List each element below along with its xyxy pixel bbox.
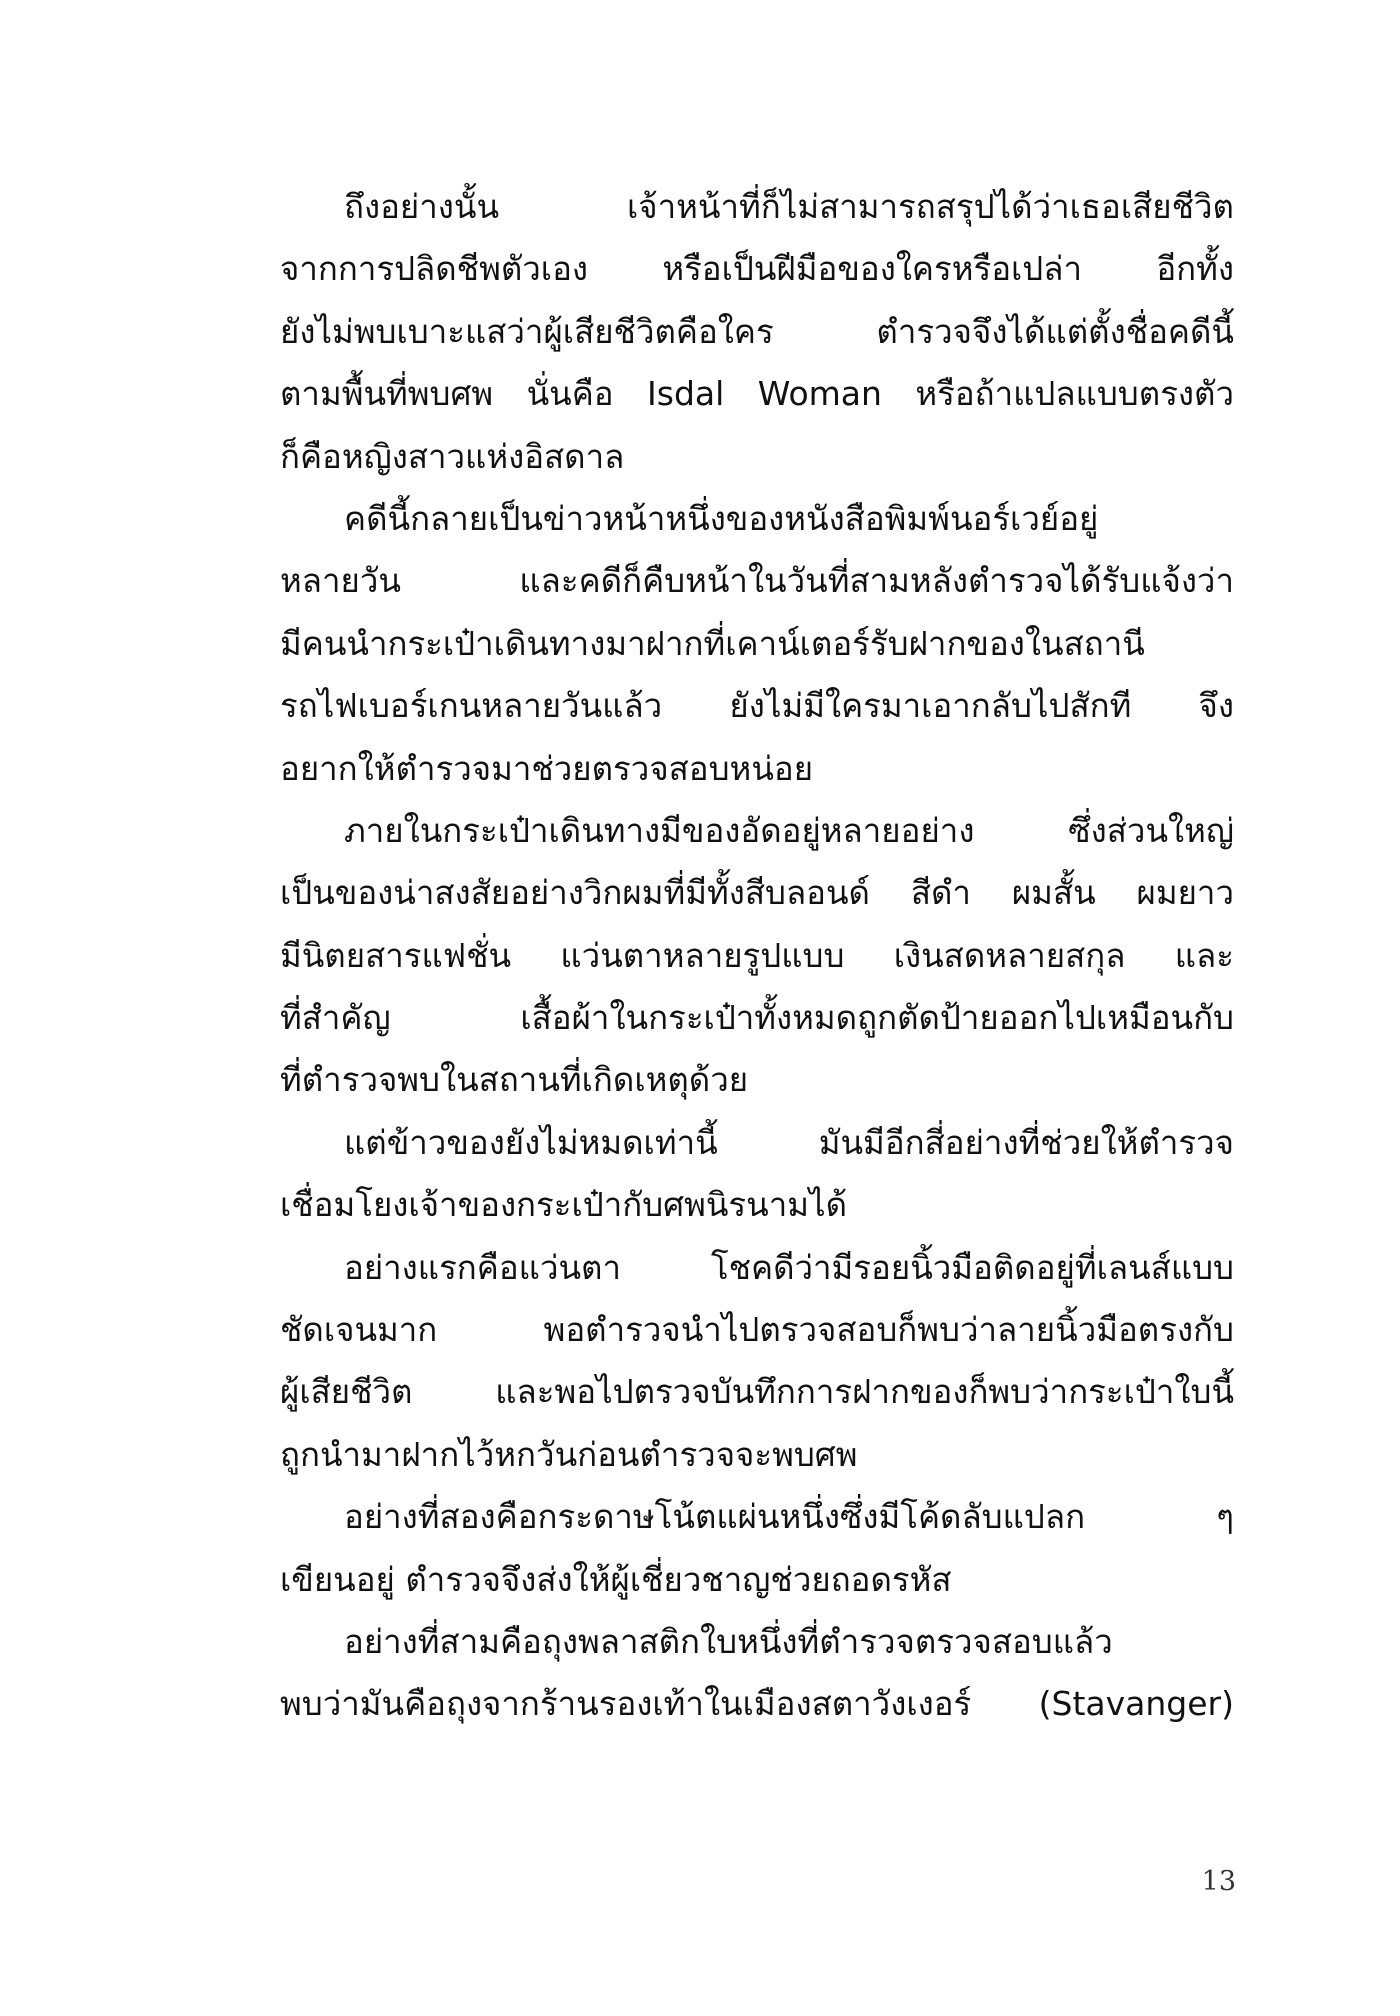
text-line: ถูกนำมาฝากไว้หกวันก่อนตำรวจจะพบศพ <box>280 1424 1234 1486</box>
text-line: ที่ตำรวจพบในสถานที่เกิดเหตุด้วย <box>280 1049 1234 1111</box>
text-line: พบว่ามันคือถุงจากร้านรองเท้าในเมืองสตาวั… <box>280 1673 1234 1735</box>
paragraph: แต่ข้าวของยังไม่หมดเท่านี้ มันมีอีกสี่อย… <box>280 1112 1234 1237</box>
text-line: หลายวัน และคดีก็คืบหน้าในวันที่สามหลังตำ… <box>280 550 1234 612</box>
paragraph: ถึงอย่างนั้น เจ้าหน้าที่ก็ไม่สามารถสรุปไ… <box>280 176 1234 488</box>
text-line: ผู้เสียชีวิต และพอไปตรวจบันทึกการฝากของก… <box>280 1361 1234 1423</box>
book-page: ถึงอย่างนั้น เจ้าหน้าที่ก็ไม่สามารถสรุปไ… <box>0 0 1400 2016</box>
text-line: ถึงอย่างนั้น เจ้าหน้าที่ก็ไม่สามารถสรุปไ… <box>280 176 1234 238</box>
text-line: อย่างที่สองคือกระดาษโน้ตแผ่นหนึ่งซึ่งมีโ… <box>280 1486 1234 1548</box>
text-line: เป็นของน่าสงสัยอย่างวิกผมที่มีทั้งสีบลอน… <box>280 862 1234 924</box>
text-line: ยังไม่พบเบาะแสว่าผู้เสียชีวิตคือใคร ตำรว… <box>280 301 1234 363</box>
text-line: อย่างที่สามคือถุงพลาสติกใบหนึ่งที่ตำรวจต… <box>280 1611 1234 1673</box>
paragraph: อย่างแรกคือแว่นตา โชคดีว่ามีรอยนิ้วมือติ… <box>280 1237 1234 1487</box>
body-text: ถึงอย่างนั้น เจ้าหน้าที่ก็ไม่สามารถสรุปไ… <box>280 176 1234 1736</box>
text-line: ตามพื้นที่พบศพ นั่นคือ Isdal Woman หรือถ… <box>280 363 1234 425</box>
text-line: ก็คือหญิงสาวแห่งอิสดาล <box>280 426 1234 488</box>
text-line: มีคนนำกระเป๋าเดินทางมาฝากที่เคาน์เตอร์รั… <box>280 613 1234 675</box>
page-number: 13 <box>1190 1866 1236 1897</box>
text-line: อยากให้ตำรวจมาช่วยตรวจสอบหน่อย <box>280 738 1234 800</box>
text-line: จากการปลิดชีพตัวเอง หรือเป็นฝีมือของใครห… <box>280 238 1234 300</box>
text-line: อย่างแรกคือแว่นตา โชคดีว่ามีรอยนิ้วมือติ… <box>280 1237 1234 1299</box>
paragraph: คดีนี้กลายเป็นข่าวหน้าหนึ่งของหนังสือพิม… <box>280 488 1234 800</box>
paragraph: อย่างที่สามคือถุงพลาสติกใบหนึ่งที่ตำรวจต… <box>280 1611 1234 1736</box>
paragraph: อย่างที่สองคือกระดาษโน้ตแผ่นหนึ่งซึ่งมีโ… <box>280 1486 1234 1611</box>
text-line: คดีนี้กลายเป็นข่าวหน้าหนึ่งของหนังสือพิม… <box>280 488 1234 550</box>
text-line: เขียนอยู่ ตำรวจจึงส่งให้ผู้เชี่ยวชาญช่วย… <box>280 1549 1234 1611</box>
text-line: ที่สำคัญ เสื้อผ้าในกระเป๋าทั้งหมดถูกตัดป… <box>280 987 1234 1049</box>
text-line: ชัดเจนมาก พอตำรวจนำไปตรวจสอบก็พบว่าลายนิ… <box>280 1299 1234 1361</box>
text-line: เชื่อมโยงเจ้าของกระเป๋ากับศพนิรนามได้ <box>280 1174 1234 1236</box>
paragraph: ภายในกระเป๋าเดินทางมีของอัดอยู่หลายอย่าง… <box>280 800 1234 1112</box>
text-line: ภายในกระเป๋าเดินทางมีของอัดอยู่หลายอย่าง… <box>280 800 1234 862</box>
text-line: มีนิตยสารแฟชั่น แว่นตาหลายรูปแบบ เงินสดห… <box>280 925 1234 987</box>
text-line: รถไฟเบอร์เกนหลายวันแล้ว ยังไม่มีใครมาเอา… <box>280 675 1234 737</box>
text-line: แต่ข้าวของยังไม่หมดเท่านี้ มันมีอีกสี่อย… <box>280 1112 1234 1174</box>
